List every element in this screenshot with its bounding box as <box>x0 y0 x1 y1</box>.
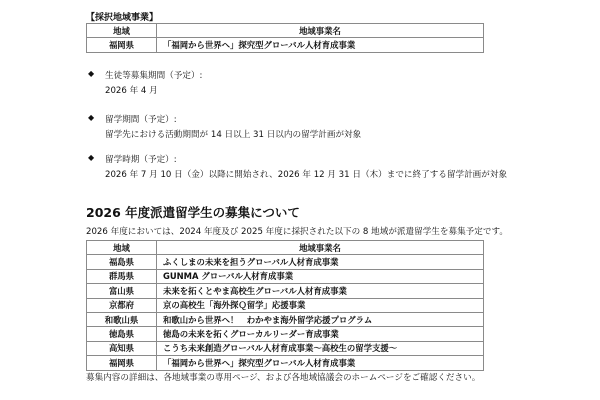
schedule-value-period: 2026 年 7 月 10 日（金）以降に開始され、2026 年 12 月 31… <box>105 168 507 180</box>
region-cell: 高知県 <box>87 341 157 355</box>
table-row: 徳島県 徳島の未来を拓くグローカルリーダー育成事業 <box>87 327 484 341</box>
region-cell: 徳島県 <box>87 327 157 341</box>
table-row: 福岡県 「福岡から世界へ」探究型グローバル人材育成事業 <box>87 356 484 370</box>
project-cell: 未来を拓くとやま高校生グローバル人材育成事業 <box>157 284 484 298</box>
project-cell: 徳島の未来を拓くグローカルリーダー育成事業 <box>157 327 484 341</box>
intro-text: 2026 年度においては、2024 年度及び 2025 年度に採択された以下の … <box>86 227 508 238</box>
table-row: 福島県 ふくしまの未来を担うグローバル人材育成事業 <box>87 255 484 269</box>
diamond-bullet-icon: ◆ <box>88 113 94 122</box>
region-cell: 京都府 <box>87 298 157 312</box>
schedule-label-period: 留学時期（予定）: <box>105 153 177 165</box>
schedule-label-duration: 留学期間（予定）: <box>105 113 177 125</box>
project-cell: 和歌山から世界へ！ わかやま海外留学応援プログラム <box>157 312 484 326</box>
section-heading: 2026 年度派遣留学生の募集について <box>86 203 300 221</box>
table-row: 京都府 京の高校生「海外探Ｑ留学」応援事業 <box>87 298 484 312</box>
diamond-bullet-icon: ◆ <box>88 69 94 78</box>
table-row: 福岡県 「福岡から世界へ」探究型グローバル人材育成事業 <box>87 38 484 52</box>
recruitment-region-table: 地域 地域事業名 福島県 ふくしまの未来を担うグローバル人材育成事業 群馬県 G… <box>86 240 484 371</box>
header-region: 地域 <box>87 241 157 255</box>
details-note: 募集内容の詳細は、各地域事業の専用ページ、および各地域協議会のホームページをご確… <box>86 373 480 384</box>
adopted-region-table: 地域 地域事業名 福岡県 「福岡から世界へ」探究型グローバル人材育成事業 <box>86 23 484 53</box>
project-cell: 「福岡から世界へ」探究型グローバル人材育成事業 <box>157 356 484 370</box>
region-cell: 福岡県 <box>87 38 157 52</box>
header-region: 地域 <box>87 24 157 38</box>
region-cell: 福島県 <box>87 255 157 269</box>
table-row: 富山県 未来を拓くとやま高校生グローバル人材育成事業 <box>87 284 484 298</box>
table-header-row: 地域 地域事業名 <box>87 241 484 255</box>
schedule-value-duration: 留学先における活動期間が 14 日以上 31 日以内の留学計画が対象 <box>105 128 361 140</box>
table-row: 高知県 こうち未来創造グローバル人材育成事業～高校生の留学支援～ <box>87 341 484 355</box>
project-cell: こうち未来創造グローバル人材育成事業～高校生の留学支援～ <box>157 341 484 355</box>
project-cell: ふくしまの未来を担うグローバル人材育成事業 <box>157 255 484 269</box>
region-cell: 富山県 <box>87 284 157 298</box>
table-row: 和歌山県 和歌山から世界へ！ わかやま海外留学応援プログラム <box>87 312 484 326</box>
header-project: 地域事業名 <box>157 241 484 255</box>
adopted-section-title: 【採択地域事業】 <box>86 10 158 23</box>
header-project: 地域事業名 <box>157 24 484 38</box>
table-header-row: 地域 地域事業名 <box>87 24 484 38</box>
region-cell: 群馬県 <box>87 269 157 283</box>
project-cell: 京の高校生「海外探Ｑ留学」応援事業 <box>157 298 484 312</box>
project-cell: 「福岡から世界へ」探究型グローバル人材育成事業 <box>157 38 484 52</box>
schedule-label-recruit: 生徒等募集期間（予定）: <box>105 69 202 81</box>
schedule-value-recruit: 2026 年 4 月 <box>105 84 158 96</box>
region-cell: 和歌山県 <box>87 312 157 326</box>
table-row: 群馬県 GUNMA グローバル人材育成事業 <box>87 269 484 283</box>
project-cell: GUNMA グローバル人材育成事業 <box>157 269 484 283</box>
region-cell: 福岡県 <box>87 356 157 370</box>
diamond-bullet-icon: ◆ <box>88 153 94 162</box>
